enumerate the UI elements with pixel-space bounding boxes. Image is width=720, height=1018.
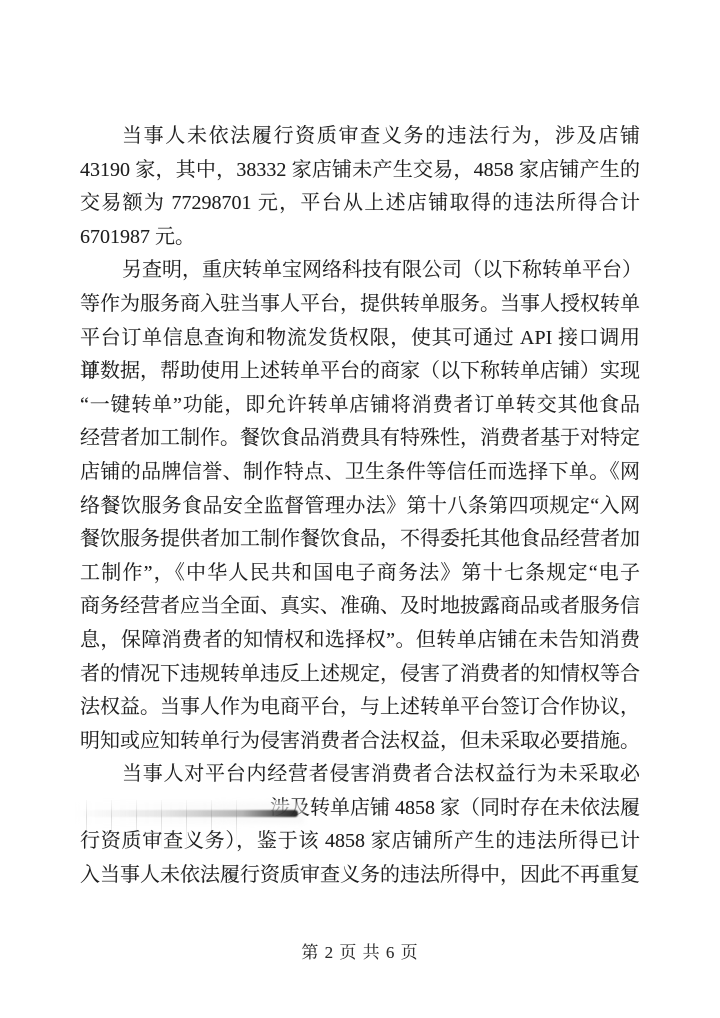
text-line: 商务经营者应当全面、真实、准确、及时地披露商品或者服务信 xyxy=(80,590,640,624)
text-line: 息，保障消费者的知情权和选择权”。但转单店铺在未告知消费 xyxy=(80,624,640,658)
text-line: 平台订单信息查询和物流发货权限，使其可通过 API 接口调用订 xyxy=(80,322,640,356)
text-line: 行资质审查义务），鉴于该 4858 家店铺所产生的违法所得已计 xyxy=(80,825,640,859)
text-line: 工制作”，《中华人民共和国电子商务法》第十七条规定“电子 xyxy=(80,557,640,591)
text-line: 6701987 元。 xyxy=(80,221,640,255)
document-body: 当事人未依法履行资质审查义务的违法行为，涉及店铺43190 家，其中，38332… xyxy=(80,120,640,893)
text-line: 43190 家，其中，38332 家店铺未产生交易，4858 家店铺产生的 xyxy=(80,154,640,188)
text-line: 交易额为 77298701 元，平台从上述店铺取得的违法所得合计 xyxy=(80,187,640,221)
text-line: “一键转单”功能，即允许转单店铺将消费者订单转交其他食品 xyxy=(80,389,640,423)
text-line: 法权益。当事人作为电商平台，与上述转单平台签订合作协议， xyxy=(80,691,640,725)
page-footer: 第 2 页 共 6 页 xyxy=(0,938,720,963)
text-line: 餐饮服务提供者加工制作餐饮食品，不得委托其他食品经营者加 xyxy=(80,523,640,557)
text-line: 络餐饮服务食品安全监督管理办法》第十八条第四项规定“入网 xyxy=(80,490,640,524)
document-page: 当事人未依法履行资质审查义务的违法行为，涉及店铺43190 家，其中，38332… xyxy=(0,0,720,1018)
text-line: 等作为服务商入驻当事人平台，提供转单服务。当事人授权转单 xyxy=(80,288,640,322)
text-line: 当事人未依法履行资质审查义务的违法行为，涉及店铺 xyxy=(80,120,640,154)
text-line: 入当事人未依法履行资质审查义务的违法所得中，因此不再重复 xyxy=(80,859,640,893)
text-line: 者的情况下违规转单违反上述规定，侵害了消费者的知情权等合 xyxy=(80,658,640,692)
text-line: 单数据，帮助使用上述转单平台的商家（以下称转单店铺）实现 xyxy=(80,355,640,389)
text-line: 当事人对平台内经营者侵害消费者合法权益行为未采取必 xyxy=(80,758,640,792)
text-line: 经营者加工制作。餐饮食品消费具有特殊性，消费者基于对特定 xyxy=(80,422,640,456)
text-line: 涉及转单店铺 4858 家（同时存在未依法履 xyxy=(80,792,640,826)
text-line: 另查明，重庆转单宝网络科技有限公司（以下称转单平台） xyxy=(80,254,640,288)
text-line: 明知或应知转单行为侵害消费者合法权益，但未采取必要措施。 xyxy=(80,725,640,759)
text-line: 店铺的品牌信誉、制作特点、卫生条件等信任而选择下单。《网 xyxy=(80,456,640,490)
